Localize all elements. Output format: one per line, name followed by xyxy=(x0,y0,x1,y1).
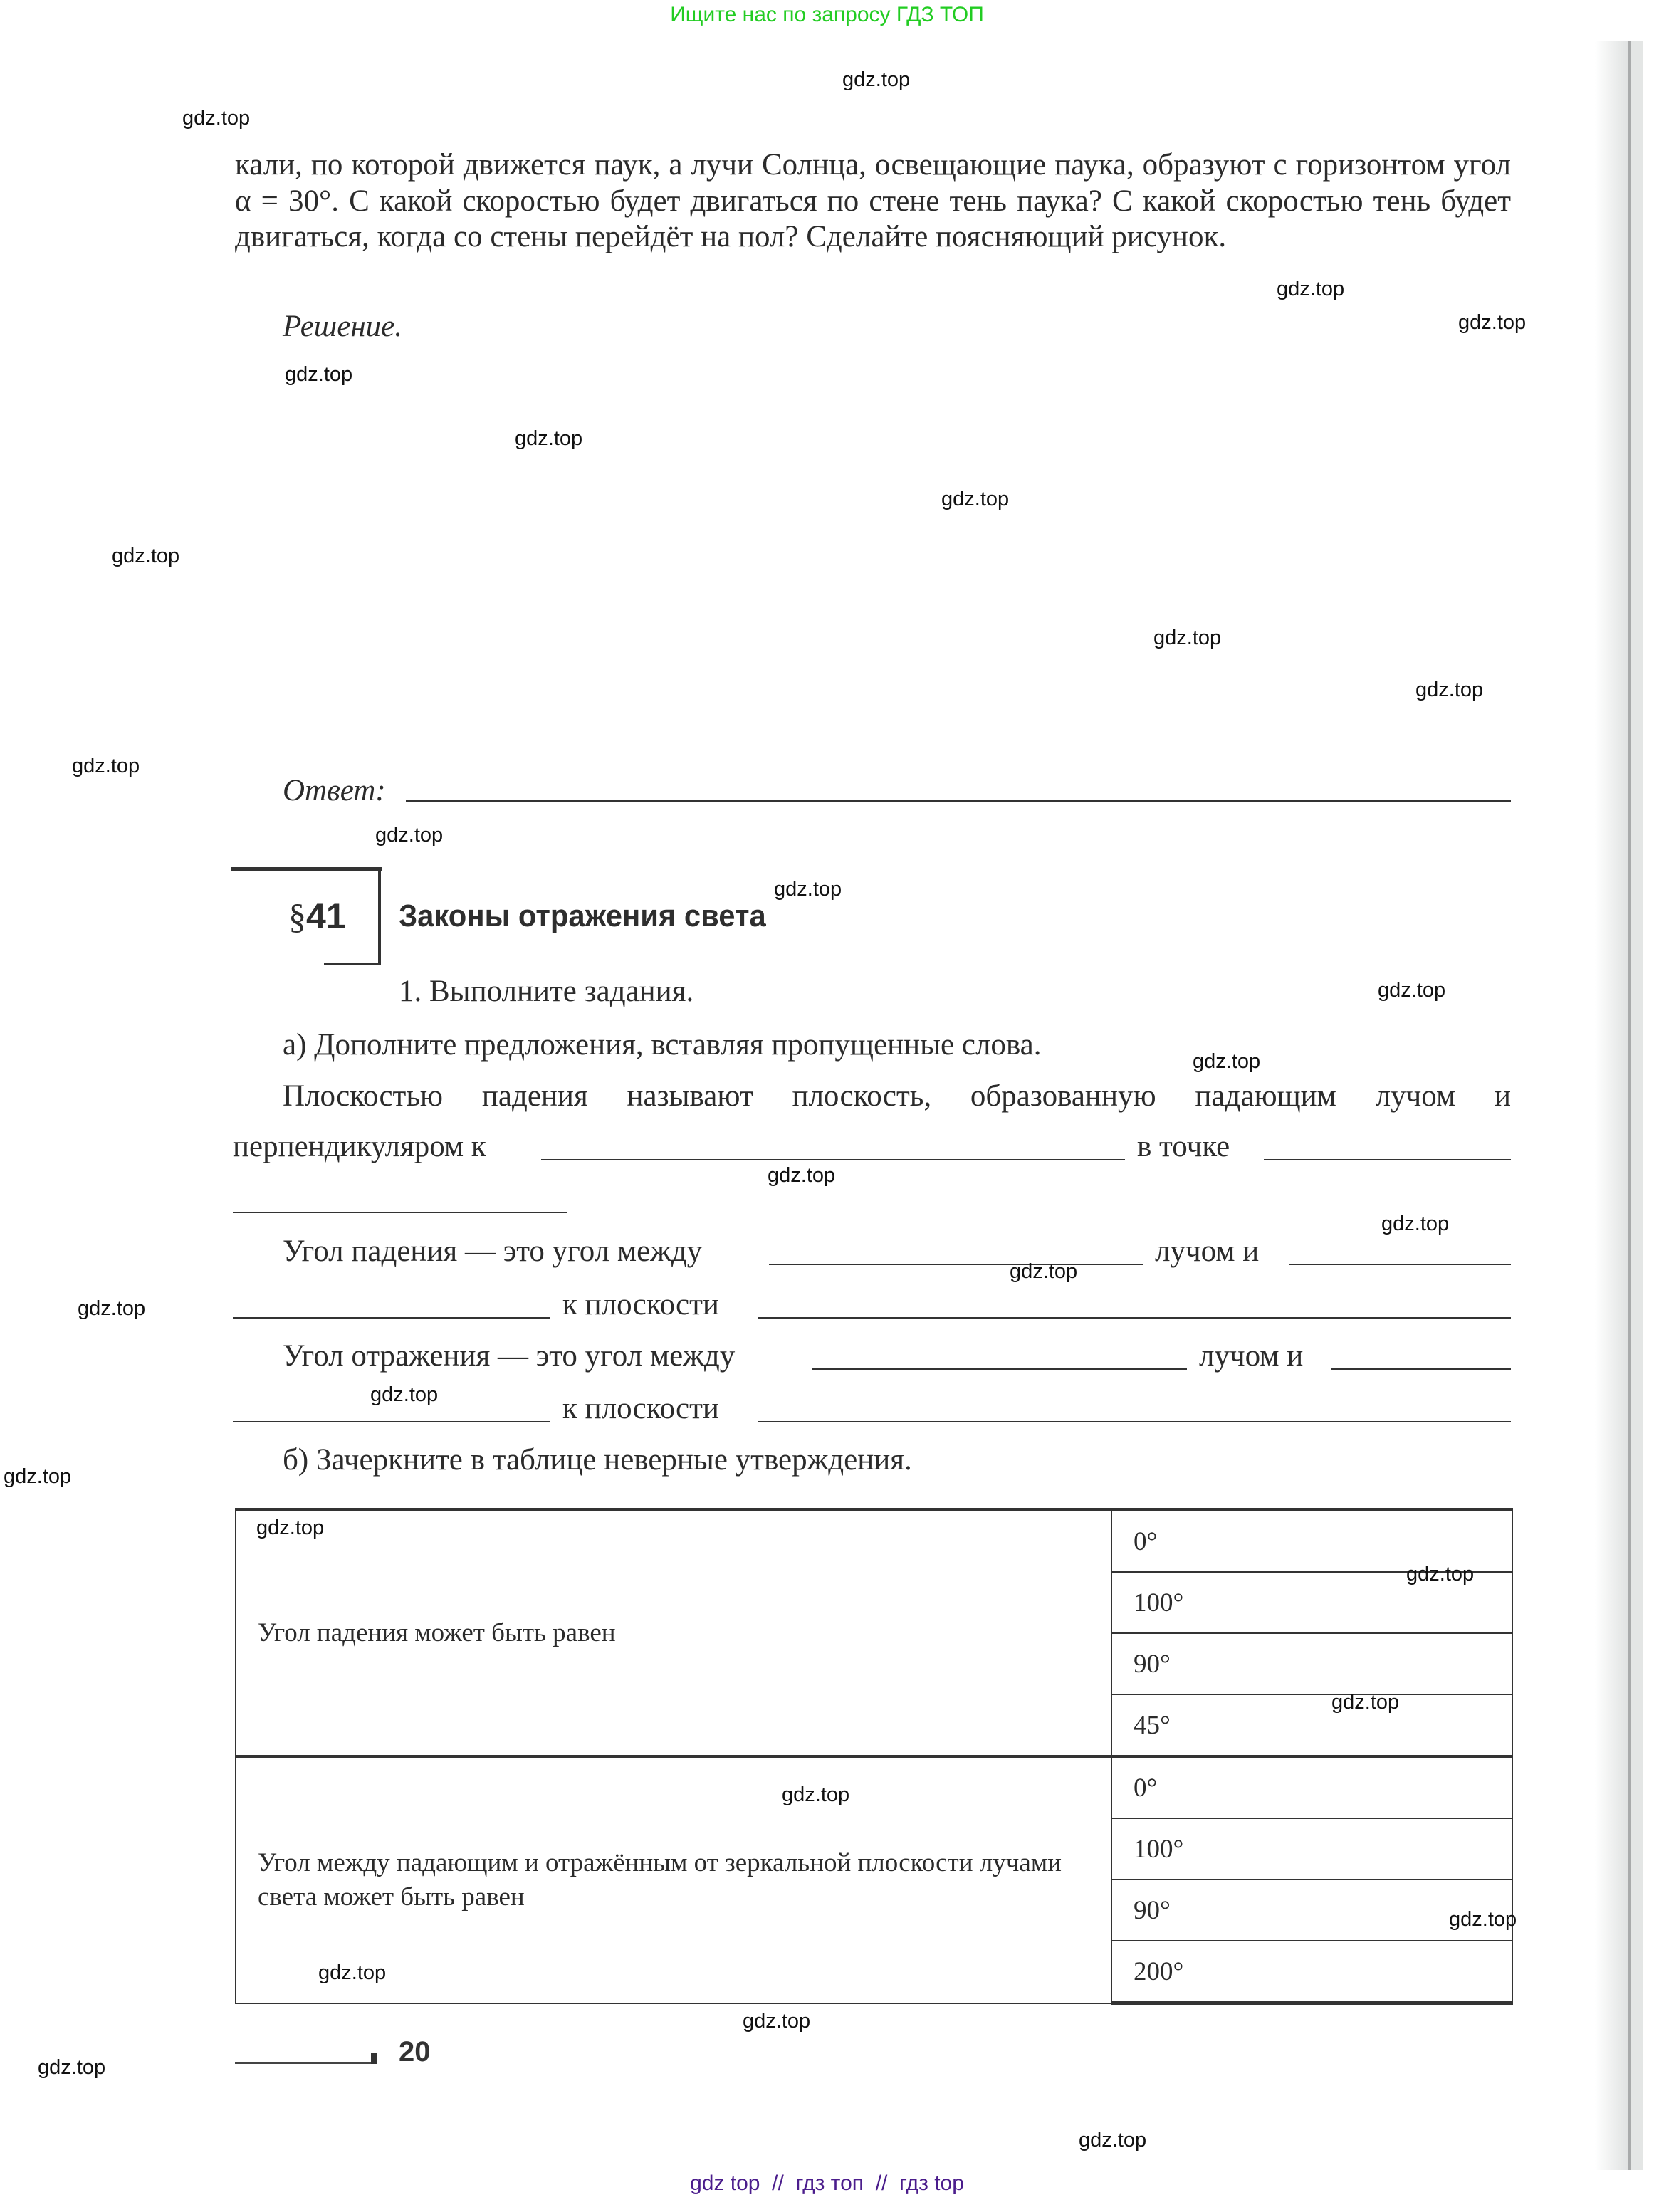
sentence1-word1: перпендикуляром к xyxy=(233,1129,486,1164)
blank-s1-3[interactable] xyxy=(233,1212,567,1213)
watermark: gdz.top xyxy=(1381,1212,1449,1236)
watermark: gdz.top xyxy=(1449,1908,1517,1931)
sentence2-word3: к плоскости xyxy=(562,1287,719,1322)
watermark: gdz.top xyxy=(318,1961,386,1985)
part-b-instruction: б) Зачеркните в таблице неверные утвержд… xyxy=(283,1442,912,1477)
watermark: gdz.top xyxy=(375,824,443,847)
section-rule-bottom xyxy=(324,963,381,965)
blank-s1-2[interactable] xyxy=(1264,1159,1511,1160)
watermark: gdz.top xyxy=(1406,1563,1474,1586)
section-number: §41 xyxy=(288,896,346,937)
solution-label: Решение. xyxy=(283,309,402,344)
task-heading: 1. Выполните задания. xyxy=(399,974,693,1009)
answer-blank[interactable] xyxy=(406,800,1511,802)
value-cell[interactable]: 90° xyxy=(1111,1633,1512,1694)
watermark: gdz.top xyxy=(1010,1260,1077,1284)
watermark: gdz.top xyxy=(112,545,179,568)
answer-label: Ответ: xyxy=(283,773,386,808)
watermark: gdz.top xyxy=(4,1465,71,1489)
blank-s3-1[interactable] xyxy=(812,1368,1187,1370)
watermark: gdz.top xyxy=(72,755,140,778)
value-cell[interactable]: 100° xyxy=(1111,1818,1512,1880)
watermark: gdz.top xyxy=(768,1164,835,1188)
problem-text: кали, по которой движется паук, а лучи С… xyxy=(235,147,1511,256)
watermark: gdz.top xyxy=(774,878,842,901)
blank-s3-2[interactable] xyxy=(1331,1368,1511,1370)
blank-s2-2[interactable] xyxy=(1289,1264,1511,1265)
top-banner[interactable]: Ищите нас по запросу ГДЗ ТОП xyxy=(0,3,1654,27)
section-title: Законы отражения света xyxy=(399,898,766,934)
watermark: gdz.top xyxy=(941,488,1009,511)
watermark: gdz.top xyxy=(1415,678,1483,702)
blank-s3-4[interactable] xyxy=(758,1421,1511,1422)
watermark: gdz.top xyxy=(842,68,910,92)
value-cell[interactable]: 0° xyxy=(1111,1756,1512,1818)
watermark: gdz.top xyxy=(1079,2129,1146,2152)
watermark: gdz.top xyxy=(743,2010,810,2033)
page-number: 20 xyxy=(399,2036,431,2068)
blank-s2-3[interactable] xyxy=(233,1317,550,1319)
watermark: gdz.top xyxy=(78,1297,145,1321)
bottom-banner[interactable]: gdz top // гдз топ // гдз top xyxy=(0,2171,1654,2196)
watermark: gdz.top xyxy=(285,363,352,387)
sentence1-line1: Плоскостью падения называют плоскость, о… xyxy=(283,1079,1511,1115)
statement-cell: Угол падения может быть равен xyxy=(236,1510,1111,1757)
watermark: gdz.top xyxy=(1153,627,1221,650)
section-rule-vertical xyxy=(378,867,381,965)
watermark: gdz.top xyxy=(782,1783,849,1807)
sentence3-word1: Угол отражения — это угол между xyxy=(283,1338,735,1373)
blank-s1-1[interactable] xyxy=(541,1159,1125,1160)
page-number-rule xyxy=(235,2062,375,2064)
sentence3-word2: лучом и xyxy=(1199,1338,1303,1373)
sentence3-word3: к плоскости xyxy=(562,1391,719,1426)
watermark: gdz.top xyxy=(38,2056,105,2080)
value-cell[interactable]: 200° xyxy=(1111,1941,1512,2003)
watermark: gdz.top xyxy=(370,1383,438,1407)
watermark: gdz.top xyxy=(1378,979,1445,1002)
section-sign: § xyxy=(288,896,306,936)
watermark: gdz.top xyxy=(256,1516,324,1540)
watermark: gdz.top xyxy=(1193,1050,1260,1074)
page-fold-line xyxy=(1628,41,1631,2170)
statements-table: Угол падения может быть равен 0° 100° 90… xyxy=(235,1508,1513,2005)
watermark: gdz.top xyxy=(1458,311,1526,335)
page-edge xyxy=(1631,41,1643,2170)
watermark: gdz.top xyxy=(182,107,250,130)
watermark: gdz.top xyxy=(515,427,582,451)
table-row: Угол падения может быть равен 0° xyxy=(236,1510,1512,1573)
watermark: gdz.top xyxy=(1277,278,1344,301)
section-number-value: 41 xyxy=(306,896,346,936)
watermark: gdz.top xyxy=(1331,1691,1399,1714)
part-a-instruction: а) Дополните предложения, вставляя пропу… xyxy=(283,1027,1042,1062)
sentence1-word2: в точке xyxy=(1137,1129,1230,1164)
sentence2-word2: лучом и xyxy=(1155,1234,1259,1269)
blank-s2-4[interactable] xyxy=(758,1317,1511,1319)
value-cell[interactable]: 45° xyxy=(1111,1694,1512,1756)
blank-s2-1[interactable] xyxy=(769,1264,1143,1265)
section-rule-top xyxy=(231,867,382,871)
blank-s3-3[interactable] xyxy=(233,1421,550,1422)
sentence2-word1: Угол падения — это угол между xyxy=(283,1234,702,1269)
table-row: Угол между падающим и отражённым от зерк… xyxy=(236,1756,1512,1818)
page-number-marker xyxy=(371,2053,377,2064)
